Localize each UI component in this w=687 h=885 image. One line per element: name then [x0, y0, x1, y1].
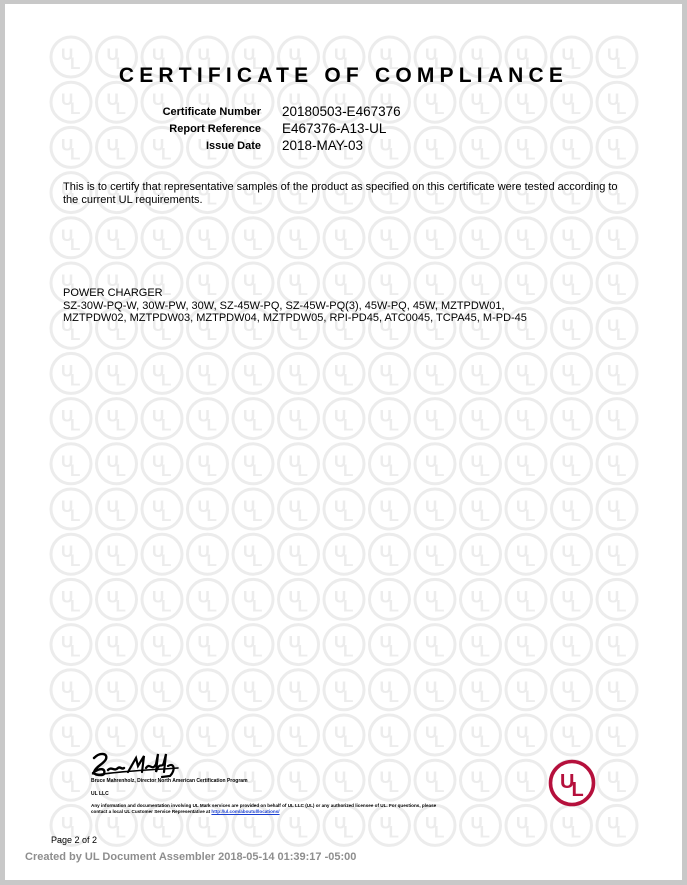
svg-text:L: L [207, 506, 217, 525]
svg-text:L: L [434, 822, 444, 841]
svg-text:L: L [161, 416, 171, 435]
svg-text:L: L [480, 370, 490, 389]
svg-text:L: L [434, 416, 444, 435]
meta-value: 2018-MAY-03 [282, 138, 363, 153]
svg-text:L: L [389, 235, 399, 254]
svg-text:L: L [525, 687, 535, 706]
ul-logo-icon: U L [547, 758, 597, 808]
svg-text:L: L [252, 461, 262, 480]
svg-text:L: L [161, 732, 171, 751]
svg-text:L: L [207, 596, 217, 615]
svg-text:L: L [343, 642, 353, 661]
svg-text:L: L [70, 416, 80, 435]
svg-text:L: L [298, 732, 308, 751]
svg-text:L: L [525, 732, 535, 751]
signer-name-title: Bruce Mahrenholz, Director North America… [91, 778, 248, 784]
svg-text:L: L [434, 325, 444, 344]
svg-text:L: L [207, 235, 217, 254]
svg-text:L: L [525, 416, 535, 435]
svg-text:L: L [252, 732, 262, 751]
svg-text:L: L [480, 416, 490, 435]
svg-text:L: L [571, 461, 581, 480]
svg-text:L: L [252, 370, 262, 389]
svg-text:L: L [389, 416, 399, 435]
svg-text:L: L [70, 777, 80, 796]
svg-text:L: L [480, 596, 490, 615]
svg-text:L: L [70, 370, 80, 389]
svg-text:L: L [70, 642, 80, 661]
svg-text:L: L [616, 370, 626, 389]
svg-text:L: L [298, 325, 308, 344]
svg-text:L: L [525, 596, 535, 615]
svg-text:L: L [480, 506, 490, 525]
svg-text:L: L [116, 687, 126, 706]
svg-text:L: L [207, 642, 217, 661]
svg-text:L: L [116, 235, 126, 254]
meta-row-certificate-number: Certificate Number 20180503-E467376 [5, 104, 682, 121]
svg-text:L: L [343, 822, 353, 841]
svg-text:L: L [70, 506, 80, 525]
svg-text:L: L [480, 822, 490, 841]
svg-text:L: L [571, 822, 581, 841]
svg-text:L: L [616, 416, 626, 435]
svg-text:L: L [298, 687, 308, 706]
product-models-line-2: MZTPDW02, MZTPDW03, MZTPDW04, MZTPDW05, … [63, 312, 643, 325]
svg-text:L: L [525, 551, 535, 570]
svg-text:L: L [207, 325, 217, 344]
svg-text:L: L [207, 461, 217, 480]
svg-text:L: L [116, 551, 126, 570]
svg-text:L: L [389, 687, 399, 706]
svg-text:L: L [525, 506, 535, 525]
svg-text:L: L [343, 777, 353, 796]
svg-text:L: L [434, 370, 444, 389]
svg-text:L: L [616, 325, 626, 344]
certificate-title: CERTIFICATE OF COMPLIANCE [5, 64, 682, 88]
svg-text:L: L [616, 596, 626, 615]
svg-text:L: L [343, 687, 353, 706]
svg-text:L: L [343, 370, 353, 389]
svg-text:L: L [480, 461, 490, 480]
svg-text:L: L [525, 461, 535, 480]
svg-text:L: L [525, 325, 535, 344]
svg-text:L: L [252, 596, 262, 615]
svg-text:L: L [434, 732, 444, 751]
svg-text:L: L [389, 325, 399, 344]
svg-text:L: L [298, 461, 308, 480]
svg-text:L: L [252, 822, 262, 841]
svg-text:L: L [207, 822, 217, 841]
svg-text:L: L [70, 461, 80, 480]
svg-text:L: L [252, 642, 262, 661]
svg-text:L: L [343, 325, 353, 344]
svg-text:L: L [207, 551, 217, 570]
svg-text:L: L [161, 235, 171, 254]
certificate-page: ULULULULULULULULULULULULULULULULULULULUL… [5, 4, 682, 880]
certification-statement: This is to certify that representative s… [63, 181, 623, 206]
svg-text:L: L [571, 235, 581, 254]
svg-text:L: L [116, 325, 126, 344]
svg-text:L: L [389, 506, 399, 525]
svg-text:L: L [252, 551, 262, 570]
created-by-footer: Created by UL Document Assembler 2018-05… [25, 851, 356, 863]
disclaimer-line-2: contact a local UL Customer Service Repr… [91, 809, 551, 815]
svg-text:L: L [525, 235, 535, 254]
page-number: Page 2 of 2 [51, 835, 97, 845]
svg-text:L: L [298, 596, 308, 615]
svg-text:L: L [116, 416, 126, 435]
meta-value: 20180503-E467376 [282, 104, 401, 119]
product-section: POWER CHARGER SZ-30W-PQ-W, 30W-PW, 30W, … [63, 287, 643, 325]
svg-text:L: L [480, 325, 490, 344]
svg-text:L: L [434, 461, 444, 480]
svg-text:L: L [525, 642, 535, 661]
svg-text:L: L [480, 777, 490, 796]
svg-text:L: L [161, 687, 171, 706]
svg-text:L: L [525, 822, 535, 841]
svg-text:L: L [571, 642, 581, 661]
svg-text:L: L [480, 642, 490, 661]
svg-text:L: L [434, 551, 444, 570]
svg-text:L: L [116, 822, 126, 841]
svg-text:L: L [207, 687, 217, 706]
svg-text:L: L [252, 506, 262, 525]
svg-text:L: L [70, 596, 80, 615]
svg-text:L: L [298, 551, 308, 570]
svg-text:L: L [252, 416, 262, 435]
svg-text:L: L [434, 777, 444, 796]
svg-text:L: L [571, 325, 581, 344]
svg-text:L: L [571, 551, 581, 570]
disclaimer-text: contact a local UL Customer Service Repr… [91, 809, 211, 814]
svg-text:L: L [70, 551, 80, 570]
svg-text:L: L [207, 370, 217, 389]
product-name: POWER CHARGER [63, 287, 643, 300]
svg-text:L: L [389, 642, 399, 661]
svg-text:L: L [161, 822, 171, 841]
svg-text:L: L [434, 642, 444, 661]
svg-text:L: L [434, 687, 444, 706]
svg-text:L: L [116, 370, 126, 389]
svg-text:L: L [571, 370, 581, 389]
svg-text:L: L [616, 506, 626, 525]
disclaimer: Any information and documentation involv… [91, 803, 551, 814]
svg-text:L: L [343, 732, 353, 751]
svg-text:L: L [207, 732, 217, 751]
svg-text:L: L [616, 822, 626, 841]
svg-text:L: L [70, 687, 80, 706]
svg-text:L: L [343, 506, 353, 525]
svg-text:L: L [252, 235, 262, 254]
svg-text:L: L [343, 551, 353, 570]
svg-text:L: L [298, 642, 308, 661]
svg-text:L: L [116, 732, 126, 751]
svg-text:L: L [616, 235, 626, 254]
svg-text:L: L [480, 732, 490, 751]
svg-text:L: L [389, 461, 399, 480]
svg-text:L: L [616, 642, 626, 661]
svg-text:L: L [252, 325, 262, 344]
svg-text:L: L [298, 370, 308, 389]
meta-label: Certificate Number [163, 106, 261, 118]
svg-text:L: L [389, 551, 399, 570]
svg-text:L: L [70, 235, 80, 254]
svg-text:L: L [161, 551, 171, 570]
svg-text:L: L [298, 416, 308, 435]
svg-text:L: L [571, 732, 581, 751]
svg-text:L: L [161, 596, 171, 615]
svg-text:L: L [525, 370, 535, 389]
svg-text:L: L [298, 235, 308, 254]
svg-text:L: L [389, 596, 399, 615]
svg-text:L: L [480, 551, 490, 570]
svg-text:L: L [571, 596, 581, 615]
svg-text:L: L [389, 777, 399, 796]
svg-text:L: L [343, 596, 353, 615]
svg-text:L: L [389, 732, 399, 751]
svg-text:L: L [571, 416, 581, 435]
svg-text:L: L [616, 777, 626, 796]
svg-text:L: L [343, 416, 353, 435]
svg-text:L: L [116, 461, 126, 480]
svg-text:L: L [161, 642, 171, 661]
svg-text:L: L [571, 506, 581, 525]
svg-text:L: L [298, 822, 308, 841]
meta-row-report-reference: Report Reference E467376-A13-UL [5, 121, 682, 138]
product-models-line-1: SZ-30W-PQ-W, 30W-PW, 30W, SZ-45W-PQ, SZ-… [63, 300, 643, 313]
svg-text:L: L [434, 506, 444, 525]
svg-text:L: L [616, 732, 626, 751]
svg-text:L: L [161, 506, 171, 525]
svg-text:L: L [389, 822, 399, 841]
svg-text:L: L [298, 777, 308, 796]
svg-text:L: L [389, 370, 399, 389]
svg-text:L: L [525, 777, 535, 796]
svg-text:L: L [616, 461, 626, 480]
svg-text:L: L [161, 461, 171, 480]
svg-text:L: L [70, 732, 80, 751]
meta-row-issue-date: Issue Date 2018-MAY-03 [5, 138, 682, 155]
meta-label: Issue Date [206, 140, 261, 152]
svg-text:L: L [572, 779, 584, 801]
svg-text:L: L [298, 506, 308, 525]
svg-text:L: L [571, 687, 581, 706]
svg-text:L: L [616, 687, 626, 706]
meta-value: E467376-A13-UL [282, 121, 386, 136]
svg-text:L: L [116, 596, 126, 615]
svg-text:L: L [616, 551, 626, 570]
svg-text:L: L [207, 416, 217, 435]
svg-text:L: L [343, 235, 353, 254]
svg-text:L: L [434, 235, 444, 254]
svg-text:L: L [116, 506, 126, 525]
svg-text:L: L [343, 461, 353, 480]
svg-text:L: L [161, 370, 171, 389]
svg-text:L: L [161, 325, 171, 344]
svg-text:L: L [70, 325, 80, 344]
svg-text:L: L [480, 235, 490, 254]
svg-text:L: L [252, 687, 262, 706]
meta-label: Report Reference [169, 123, 261, 135]
svg-text:L: L [480, 687, 490, 706]
svg-text:L: L [116, 642, 126, 661]
svg-text:L: L [434, 596, 444, 615]
locations-link[interactable]: http://ul.com/aboutul/locations/ [211, 809, 279, 814]
company-name: UL LLC [91, 791, 109, 797]
signature-image [90, 750, 180, 778]
svg-text:L: L [252, 777, 262, 796]
